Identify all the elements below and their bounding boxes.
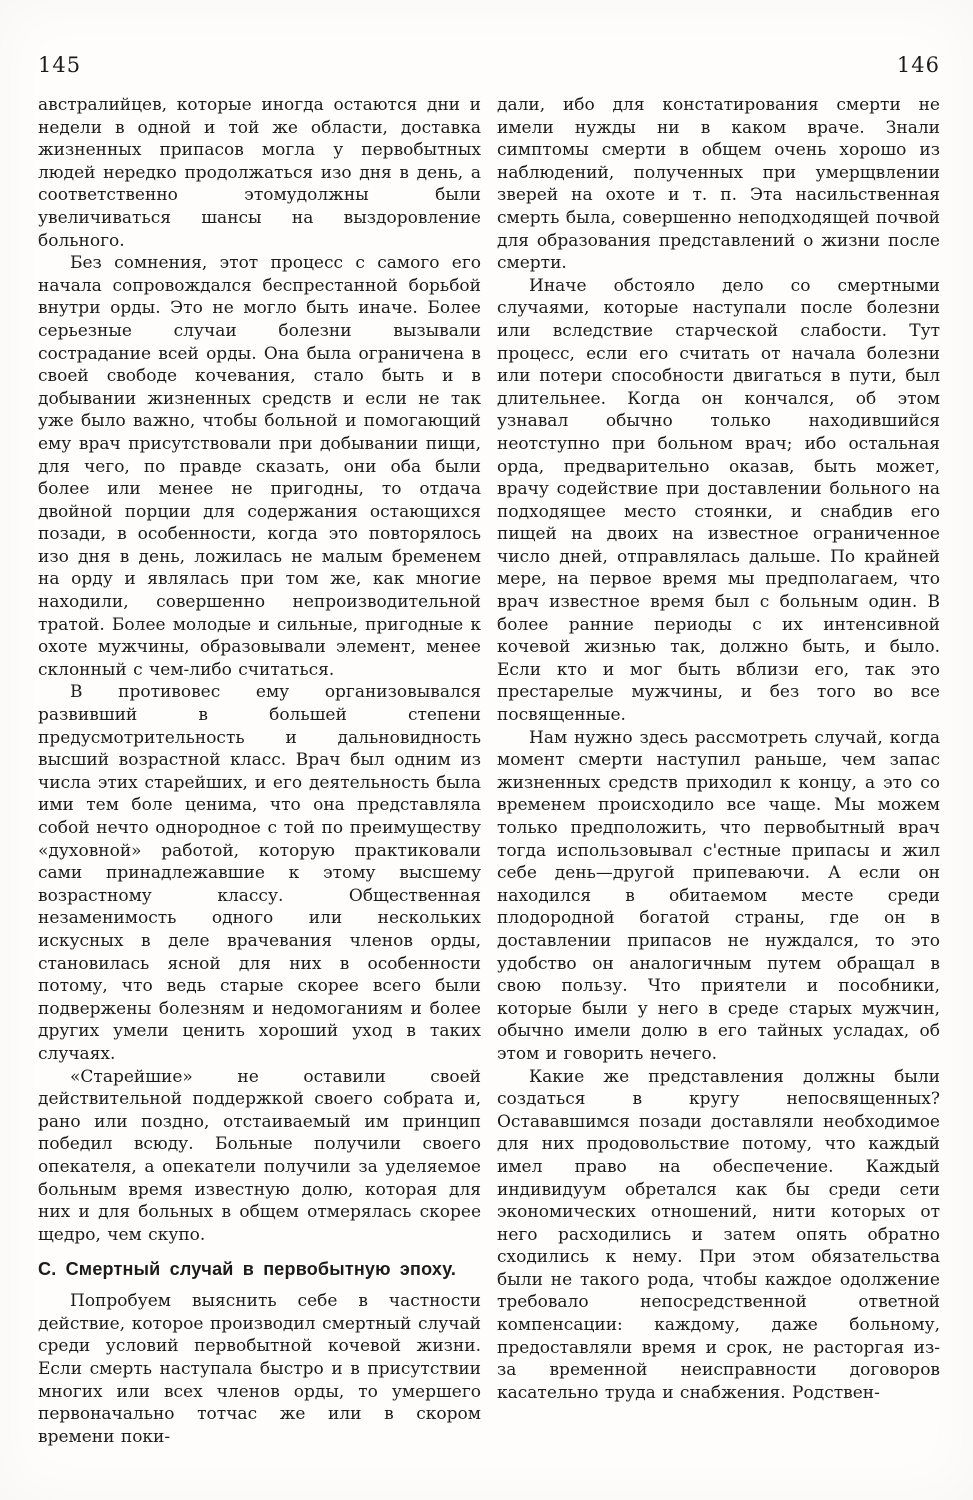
paragraph: Без сомнения, этот процесс с самого его … [38,252,481,681]
paragraph: «Старейшие» не оставили своей действител… [38,1066,481,1247]
left-column: австралийцев, которые иногда остаются дн… [38,94,481,1448]
paragraph: Попробуем выяснить себе в частности дейс… [38,1290,481,1448]
paragraph: Иначе обстояло дело со смертными случаям… [497,275,940,727]
paragraph: дали, ибо для констатирования смерти не … [497,94,940,275]
paragraph: австралийцев, которые иногда остаются дн… [38,94,481,252]
right-column: дали, ибо для констатирования смерти не … [497,94,940,1448]
scanned-page: 145 146 австралийцев, которые иногда ост… [0,0,973,1500]
text-columns: австралийцев, которые иногда остаются дн… [38,94,940,1448]
section-heading: С. Смертный случай в первобытную эпоху. [38,1257,481,1281]
page-header: 145 146 [38,52,940,78]
page-number-right: 146 [897,52,940,78]
paragraph: В противовес ему организовывался развивш… [38,681,481,1065]
page-number-left: 145 [38,52,81,78]
paragraph: Какие же представления должны были созда… [497,1066,940,1405]
paragraph: Нам нужно здесь рассмотреть случай, когд… [497,727,940,1066]
